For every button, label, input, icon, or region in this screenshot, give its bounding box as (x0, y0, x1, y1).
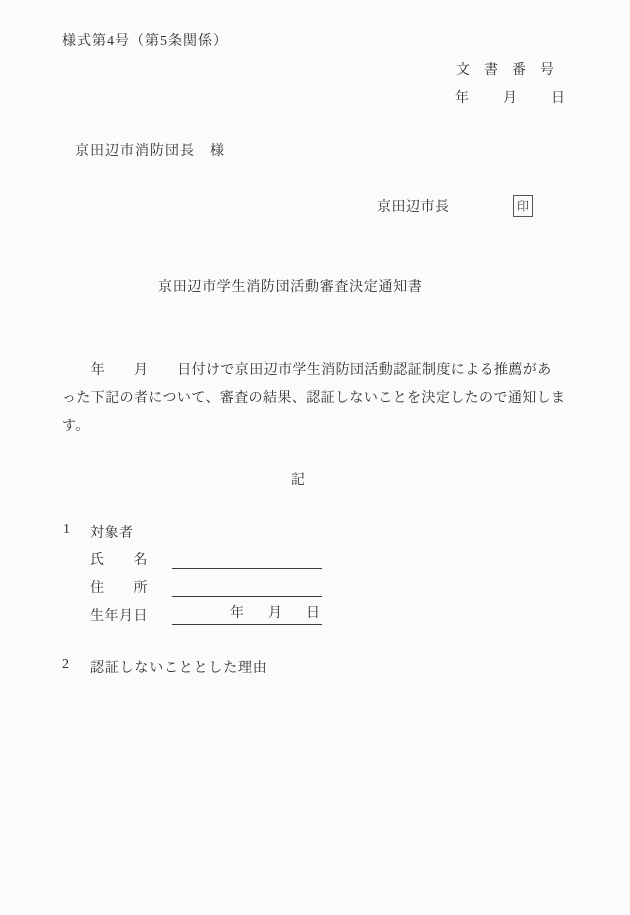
issuer-line: 京田辺市長 (377, 196, 450, 216)
section2-heading: 認証しないこととした理由 (90, 657, 268, 677)
note-marker: 記 (291, 469, 305, 489)
birthdate-day-label: 日 (306, 605, 320, 623)
date-year-label: 年 (455, 87, 469, 107)
document-page: 様式第4号（第5条関係） 文 書 番 号 年 月 日 京田辺市消防団長 様 京田… (0, 0, 630, 915)
birthdate-units: 年 月 日 (172, 605, 322, 623)
recipient-line: 京田辺市消防団長 様 (75, 140, 225, 160)
section1-heading: 対象者 (90, 522, 134, 542)
birthdate-month-label: 月 (268, 605, 282, 623)
form-number: 様式第4号（第5条関係） (62, 30, 228, 50)
address-field-label: 住 所 (90, 577, 148, 597)
document-title: 京田辺市学生消防団活動審査決定通知書 (158, 276, 423, 296)
body-line: す。 (62, 416, 574, 444)
name-field-blank (172, 549, 322, 569)
section1-number: 1 (63, 522, 70, 538)
name-field-label: 氏 名 (90, 549, 148, 569)
birthdate-year-label: 年 (230, 605, 244, 623)
seal-stamp: 印 (513, 195, 533, 217)
date-blank-line: 年 月 日 (455, 87, 565, 107)
body-paragraph: 年 月 日付けで京田辺市学生消防団活動認証制度による推薦があ った下記の者につい… (62, 360, 574, 444)
address-field-blank (172, 577, 322, 597)
date-day-label: 日 (551, 87, 565, 107)
document-number-label: 文 書 番 号 (456, 59, 554, 79)
body-line: った下記の者について、審査の結果、認証しないことを決定したので通知しま (62, 388, 574, 416)
date-month-label: 月 (503, 87, 517, 107)
birthdate-field-blank: 年 月 日 (172, 605, 322, 625)
section2-number: 2 (62, 657, 69, 673)
body-line: 年 月 日付けで京田辺市学生消防団活動認証制度による推薦があ (62, 360, 574, 388)
birthdate-field-label: 生年月日 (90, 605, 148, 625)
